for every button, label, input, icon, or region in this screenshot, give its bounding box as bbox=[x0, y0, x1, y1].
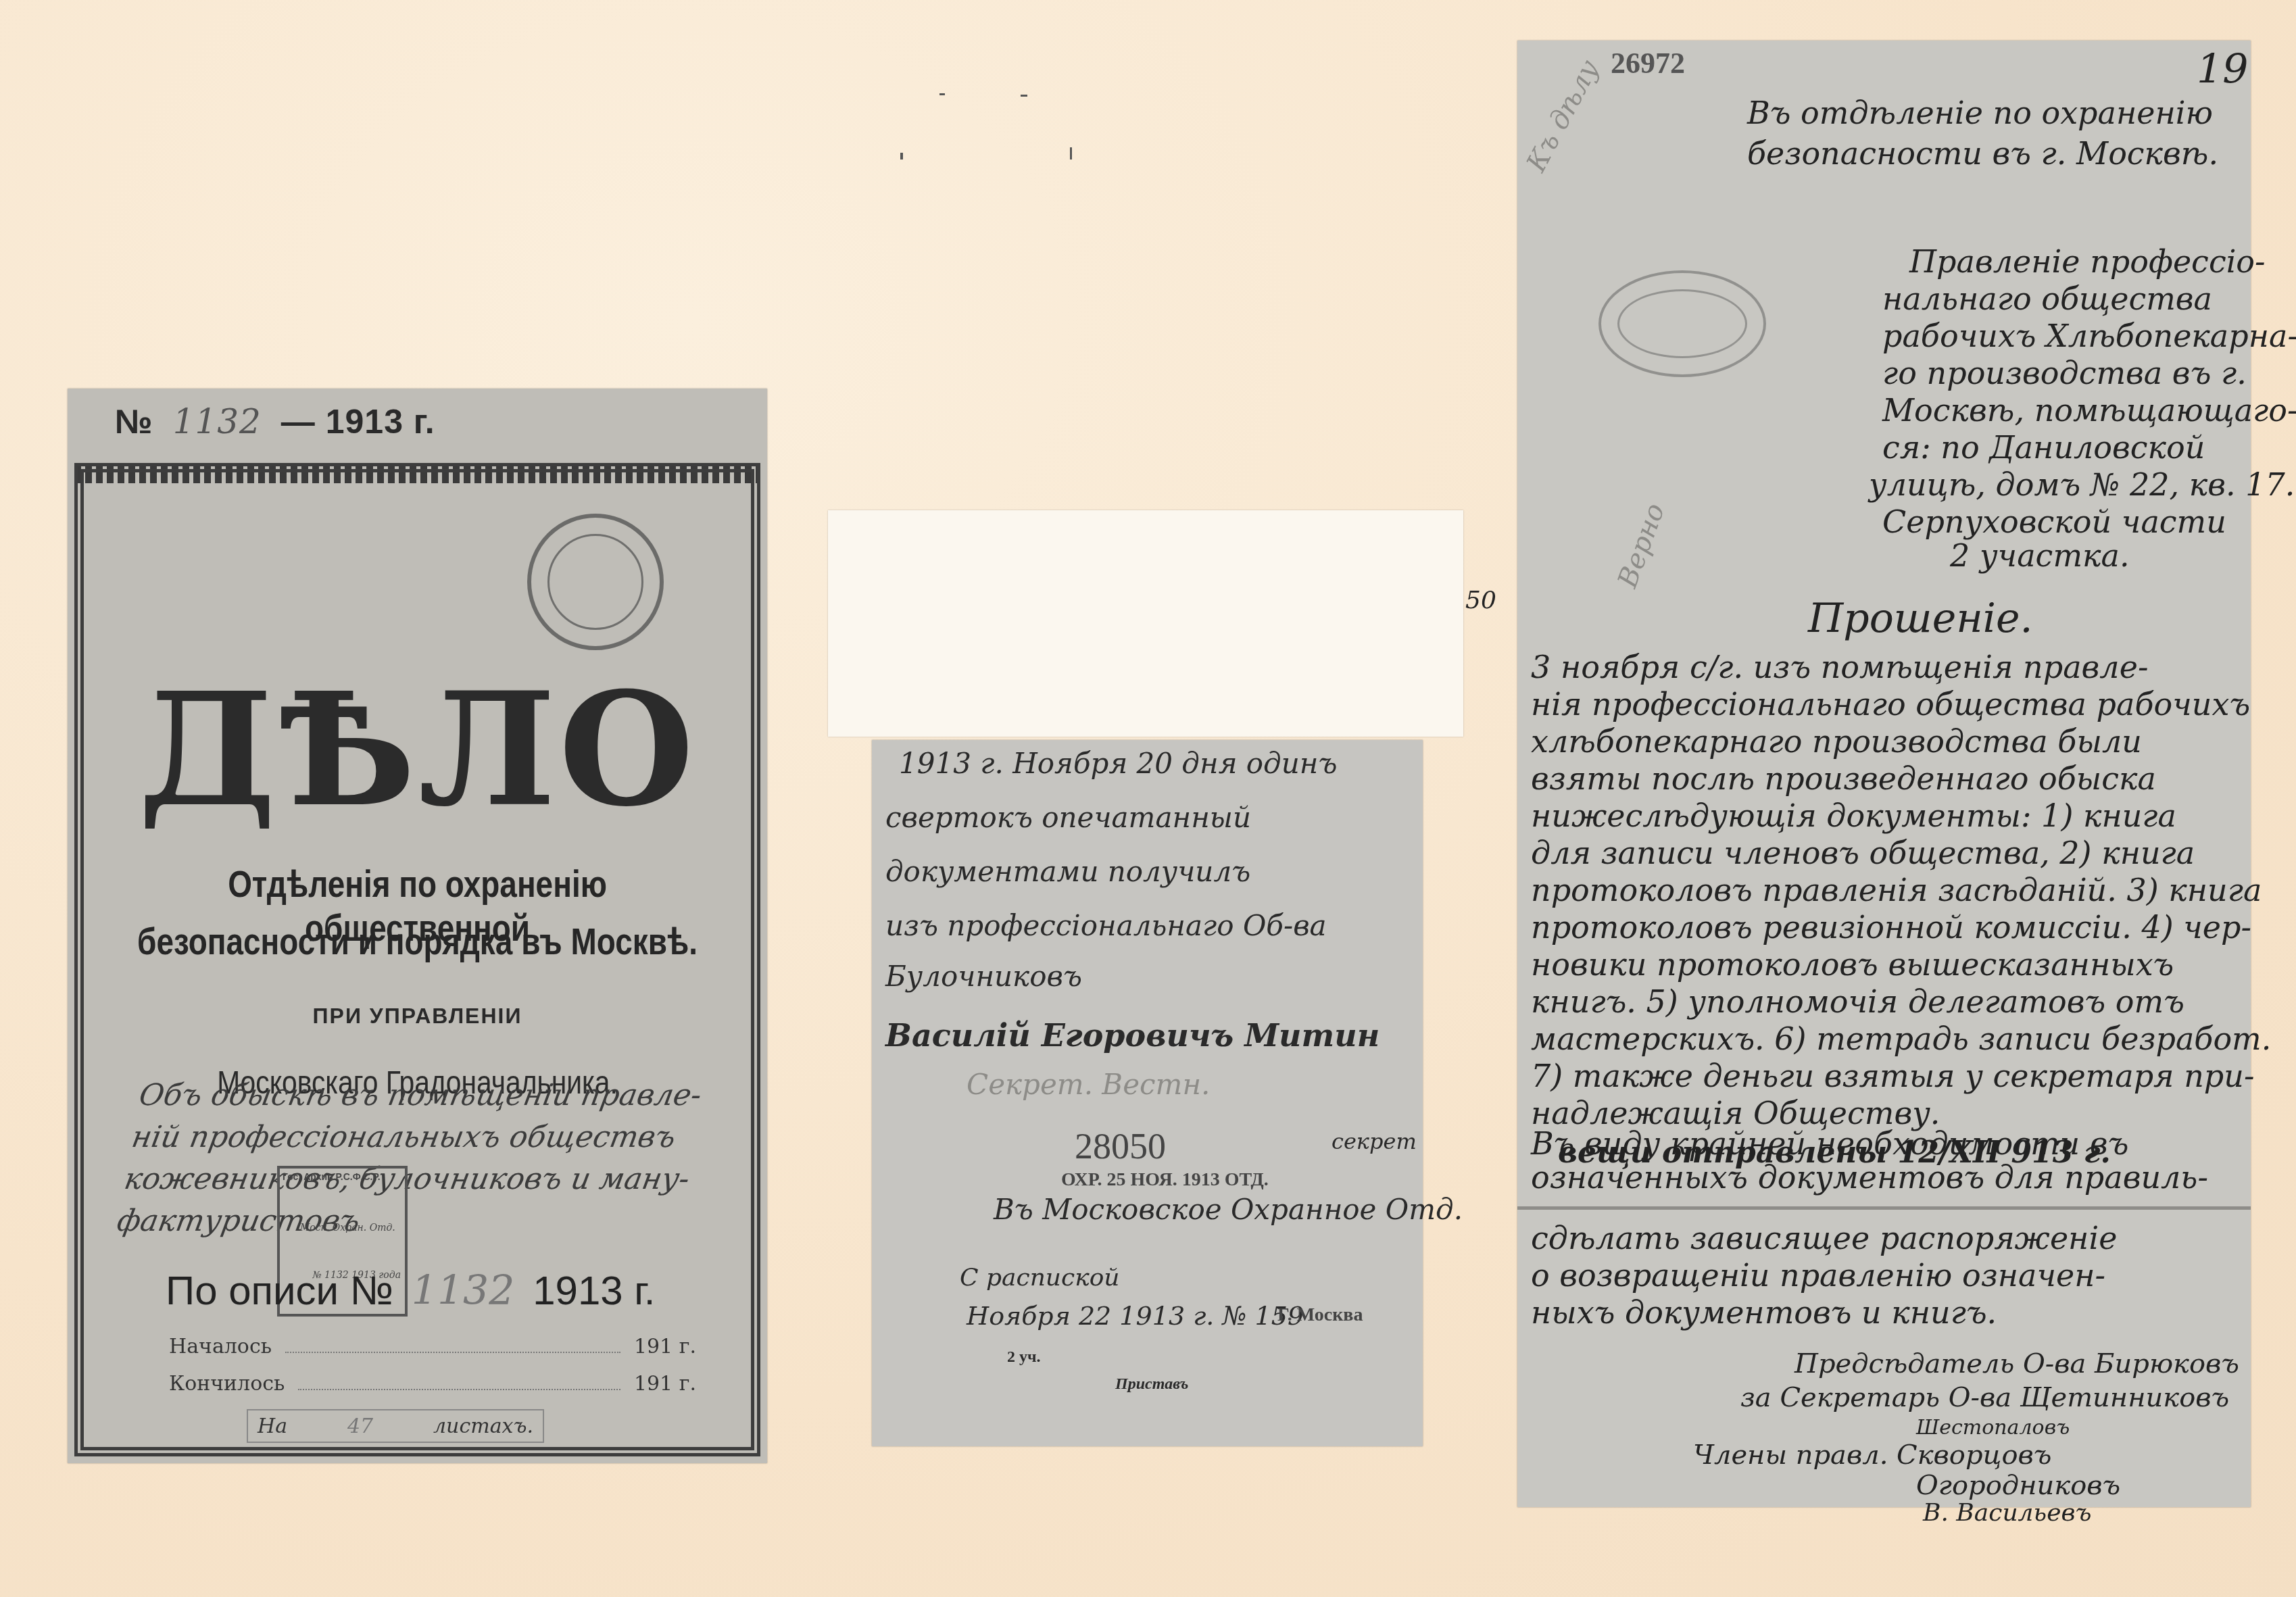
inventory-number: 1132 bbox=[412, 1267, 515, 1315]
box-stamp-line1: Гос. Архив Р.С.Ф.С.Р. bbox=[283, 1171, 381, 1182]
blank-paper-slip bbox=[828, 510, 1463, 737]
leaves-count-box: На 47 листахъ. bbox=[247, 1409, 544, 1443]
cover-title: ДѢЛО bbox=[68, 659, 767, 841]
body-line: новики протоколовъ вышесказанныхъ bbox=[1531, 946, 2174, 983]
subject-line: кожевниковъ, булочниковъ и ману- bbox=[121, 1158, 710, 1200]
archive-round-stamp bbox=[527, 514, 664, 650]
started-year: 191 г. bbox=[634, 1335, 696, 1358]
subject-line: Объ обыскѣ въ помѣщеніи правле- bbox=[136, 1075, 725, 1116]
leaves-prefix: На bbox=[258, 1415, 287, 1438]
sender-line: нальнаго общества bbox=[1882, 280, 2212, 317]
police-district: 2 уч. bbox=[1007, 1348, 1041, 1367]
sender-line: рабочихъ Хлѣбопекарна- bbox=[1882, 318, 2296, 354]
fill-line bbox=[285, 1352, 620, 1353]
registry-stamp-number: 28050 bbox=[1075, 1125, 1166, 1167]
body-line: мастерскихъ. 6) тетрадь записи безработ. bbox=[1531, 1021, 2271, 1057]
paper-seam bbox=[1517, 1206, 2251, 1210]
secret-note: секрет bbox=[1332, 1129, 1417, 1154]
body-line: 3 ноября с/г. изъ помѣщенія правле- bbox=[1531, 649, 2148, 685]
petition-document: 26972 19 Къ дѣлу Въ отдѣленіе по охранен… bbox=[1517, 41, 2251, 1507]
petition-heading: Прошеніе. bbox=[1808, 595, 2033, 642]
returned-annotation: вещи отправлены 12/XII 913 г. bbox=[1558, 1135, 2111, 1170]
pencil-mark bbox=[1021, 95, 1027, 97]
body-line: нія профессіональнаго общества рабочихъ bbox=[1531, 686, 2250, 722]
signature-secretary: за Секретарь О-ва Щетинниковъ bbox=[1740, 1382, 2229, 1413]
inventory-label: По описи № bbox=[166, 1268, 393, 1313]
cover-header: № 1132 — 1913 г. bbox=[115, 402, 435, 441]
cover-under-label: ПРИ УПРАВЛЕНІИ bbox=[68, 1004, 767, 1029]
registry-stamp-date: ОХР. 25 НОЯ. 1913 ОТД. bbox=[1061, 1169, 1269, 1191]
started-row: Началось 191 г. bbox=[169, 1335, 696, 1358]
with-receipt-note: С распиской bbox=[960, 1264, 1120, 1292]
cover-subtitle-line2: безопасности и порядка въ Москвѣ. bbox=[130, 919, 704, 963]
ended-year: 191 г. bbox=[634, 1372, 696, 1396]
signature-member: Шестопаловъ bbox=[1916, 1416, 2070, 1440]
receipt-line: изъ профессіональнаго Об-ва bbox=[885, 909, 1327, 942]
continuation-line: сдѣлать зависящее распоряженіе bbox=[1531, 1220, 2117, 1256]
ended-label: Кончилось bbox=[169, 1372, 285, 1396]
leaves-count: 47 bbox=[347, 1415, 373, 1438]
signature-member: В. Васильевъ bbox=[1923, 1499, 2091, 1527]
registry-number: 26972 bbox=[1611, 46, 1685, 80]
receipt-address: Въ Московское Охранное Отд. bbox=[994, 1193, 1463, 1226]
continuation-line: ныхъ документовъ и книгъ. bbox=[1531, 1294, 1997, 1331]
case-number: 1132 bbox=[173, 402, 262, 441]
addressee-line: безопасности въ г. Москвѣ. bbox=[1747, 135, 2218, 172]
sender-line: улицѣ, домъ № 22, кв. 17. bbox=[1869, 466, 2295, 503]
bailiff-label: Приставъ bbox=[1115, 1375, 1188, 1394]
body-line: нижеслѣдующія документы: 1) книга bbox=[1531, 797, 2176, 834]
body-line: хлѣбопекарнаго производства были bbox=[1531, 723, 2142, 760]
margin-signature: Верно bbox=[1612, 499, 1671, 592]
pencil-page-number: 50 bbox=[1465, 587, 1496, 614]
subject-line: ній профессіональныхъ обществъ bbox=[128, 1116, 717, 1158]
sender-line: Правленіе профессіо- bbox=[1909, 243, 2266, 280]
leaves-suffix: листахъ. bbox=[433, 1415, 533, 1438]
society-oval-stamp bbox=[1598, 270, 1766, 377]
receipt-document: 1913 г. Ноября 20 дня одинъ свертокъ опе… bbox=[872, 740, 1423, 1446]
fill-line bbox=[298, 1389, 620, 1390]
sender-line: 2 участка. bbox=[1950, 537, 2130, 574]
inventory-year: 1913 г. bbox=[533, 1268, 655, 1313]
receiver-role: Секрет. Вестн. bbox=[967, 1068, 1210, 1101]
receipt-line: 1913 г. Ноября 20 дня одинъ bbox=[899, 747, 1337, 780]
body-line: протоколовъ ревизіонной комиссіи. 4) чер… bbox=[1531, 909, 2251, 945]
sender-line: го производства въ г. bbox=[1882, 355, 2247, 391]
receipt-line: документами получилъ bbox=[885, 855, 1250, 888]
pencil-mark bbox=[1070, 147, 1072, 159]
sheet-number: 19 bbox=[2197, 46, 2248, 93]
receipt-date: Ноября 22 1913 г. № 159 bbox=[967, 1301, 1304, 1331]
body-line: 7) также деньги взятыя у секретаря при- bbox=[1531, 1058, 2254, 1094]
cover-year: — 1913 г. bbox=[281, 403, 435, 441]
body-line: для записи членовъ общества, 2) книга bbox=[1531, 835, 2195, 871]
signature-member: Огородниковъ bbox=[1916, 1470, 2120, 1501]
receipt-city: Г. Москва bbox=[1277, 1304, 1363, 1326]
subject-line: фактуристовъ bbox=[114, 1200, 702, 1242]
started-label: Началось bbox=[169, 1335, 272, 1358]
sender-line: ся: по Даниловской bbox=[1882, 429, 2205, 466]
body-line: взяты послѣ произведеннаго обыска bbox=[1531, 760, 2156, 797]
sender-line: Москвѣ, помѣщающаго- bbox=[1882, 392, 2296, 428]
signature-member: Члены правл. Скворцовъ bbox=[1693, 1440, 2052, 1471]
signature-chairman: Предсѣдатель О-ва Бирюковъ bbox=[1794, 1348, 2239, 1379]
number-prefix: № bbox=[115, 403, 153, 441]
continuation-line: о возвращеніи правленію означен- bbox=[1531, 1257, 2105, 1294]
body-line: книгъ. 5) уполномочія делегатовъ отъ bbox=[1531, 983, 2184, 1020]
inventory-line: По описи № 1132 1913 г. bbox=[166, 1267, 656, 1315]
box-stamp-line2: Моск. Охран. Отд. bbox=[300, 1223, 395, 1233]
pencil-mark bbox=[939, 93, 945, 95]
sender-line: Серпуховской части bbox=[1882, 503, 2226, 540]
margin-resolution: Къ дѣлу bbox=[1521, 55, 1605, 176]
case-file-cover: № 1132 — 1913 г. ДѢЛО Отдѣленія по охран… bbox=[68, 389, 767, 1463]
body-line: протоколовъ правленія засѣданій. 3) книг… bbox=[1531, 872, 2262, 908]
receipt-line: Булочниковъ bbox=[885, 960, 1082, 993]
receiver-signature: Василій Егоровичъ Митин bbox=[885, 1017, 1379, 1054]
addressee-line: Въ отдѣленіе по охраненію bbox=[1747, 95, 2213, 131]
pencil-mark bbox=[900, 153, 903, 159]
cover-subject-handwritten: Объ обыскѣ въ помѣщеніи правле- ній проф… bbox=[114, 1075, 725, 1242]
receipt-line: свертокъ опечатанный bbox=[885, 801, 1251, 834]
ended-row: Кончилось 191 г. bbox=[169, 1372, 696, 1396]
